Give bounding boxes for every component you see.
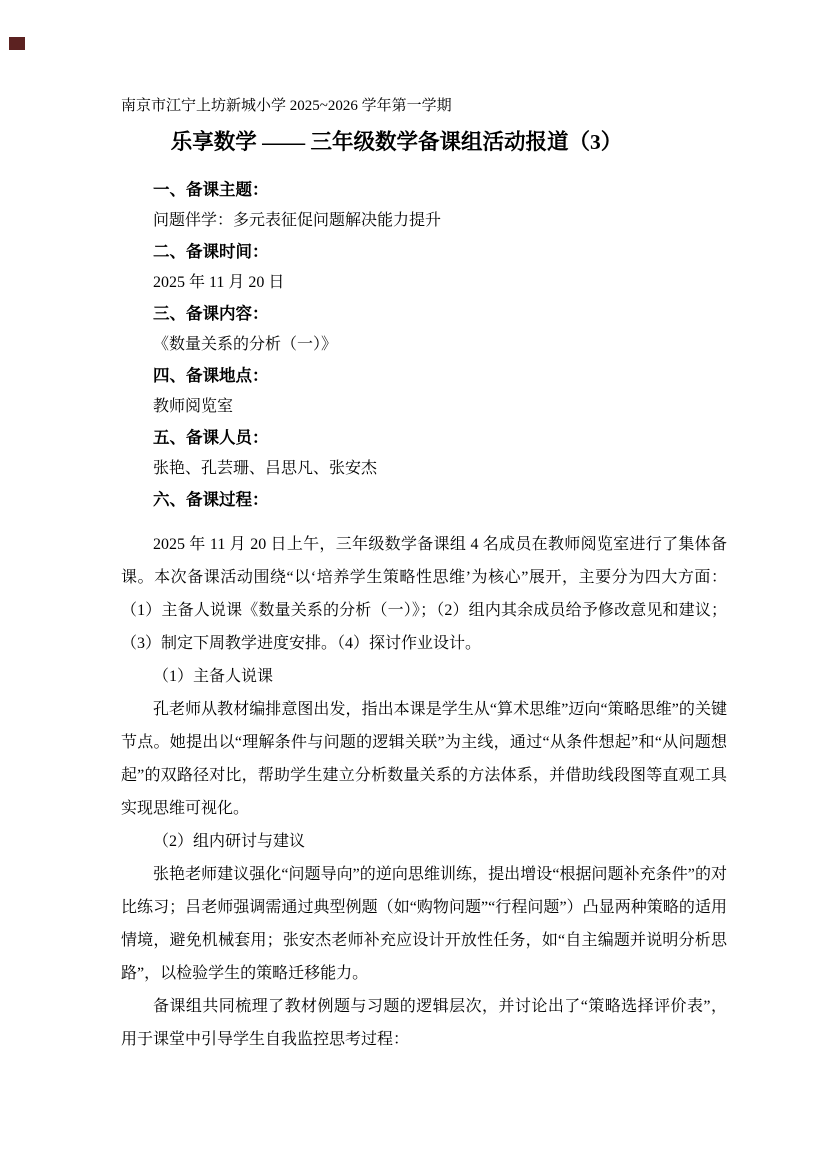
section-heading: 一、备课主题： (121, 174, 727, 205)
section-list: 一、备课主题： 问题伴学：多元表征促问题解决能力提升 二、备课时间： 2025 … (121, 174, 727, 515)
corner-mark (9, 37, 25, 50)
section-text: 教师阅览室 (121, 391, 727, 422)
paragraph: 备课组共同梳理了教材例题与习题的逻辑层次，并讨论出了“策略选择评价表”，用于课堂… (121, 990, 727, 1056)
section-heading: 四、备课地点： (121, 360, 727, 391)
document-body: 南京市江宁上坊新城小学 2025~2026 学年第一学期 乐享数学 —— 三年级… (121, 97, 727, 1056)
section-heading: 二、备课时间： (121, 236, 727, 267)
paragraph: 孔老师从教材编排意图出发，指出本课是学生从“算术思维”迈向“策略思维”的关键节点… (121, 693, 727, 825)
section-text: 2025 年 11 月 20 日 (121, 267, 727, 298)
section-heading: 三、备课内容： (121, 298, 727, 329)
doc-title: 乐享数学 —— 三年级数学备课组活动报道（3） (121, 129, 727, 155)
school-term-header: 南京市江宁上坊新城小学 2025~2026 学年第一学期 (121, 97, 727, 115)
paragraph: 张艳老师建议强化“问题导向”的逆向思维训练，提出增设“根据问题补充条件”的对比练… (121, 858, 727, 990)
section-text: 《数量关系的分析（一）》 (121, 329, 727, 360)
section-text: 张艳、孔芸珊、吕思凡、张安杰 (121, 453, 727, 484)
document-page: 南京市江宁上坊新城小学 2025~2026 学年第一学期 乐享数学 —— 三年级… (0, 0, 827, 1170)
section-text: 问题伴学：多元表征促问题解决能力提升 (121, 205, 727, 236)
section-heading: 五、备课人员： (121, 422, 727, 453)
section-heading: 六、备课过程： (121, 484, 727, 515)
process-paragraphs: 2025 年 11 月 20 日上午，三年级数学备课组 4 名成员在教师阅览室进… (121, 528, 727, 1056)
paragraph: （1）主备人说课 (121, 660, 727, 693)
paragraph: 2025 年 11 月 20 日上午，三年级数学备课组 4 名成员在教师阅览室进… (121, 528, 727, 660)
paragraph: （2）组内研讨与建议 (121, 825, 727, 858)
